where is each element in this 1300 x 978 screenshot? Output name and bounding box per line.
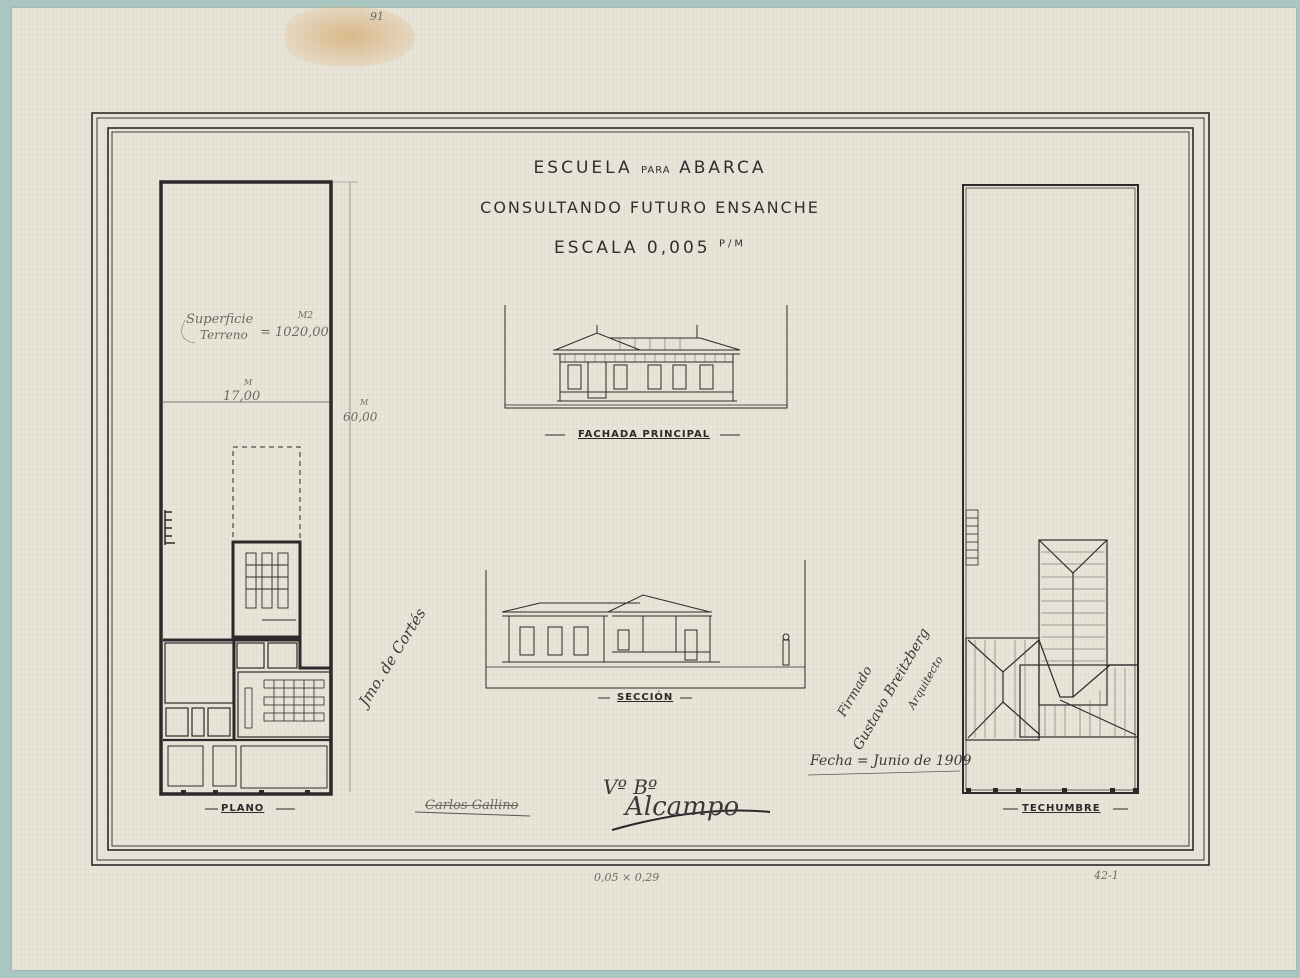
length-unit: M xyxy=(360,398,368,407)
surface-label-1: Superficie xyxy=(186,312,253,327)
width-unit: M xyxy=(244,378,252,387)
title-school: ESCUELA xyxy=(534,158,633,178)
title-line-1: ESCUELA PARA ABARCA xyxy=(0,158,1300,178)
bottom-note: 0,05 × 0,29 xyxy=(594,871,659,884)
width-dimension: 17,00 xyxy=(223,389,260,404)
title-para: PARA xyxy=(641,165,671,176)
length-dimension: 60,00 xyxy=(343,410,377,424)
scale-value: ESCALA 0,005 xyxy=(554,238,711,258)
date: Fecha = Junio de 1909 xyxy=(810,753,971,769)
signature-vobo: Alcampo xyxy=(625,792,739,822)
caption-front-elevation: FACHADA PRINCIPAL xyxy=(578,429,710,440)
drawing-linework xyxy=(0,0,1300,978)
caption-section: SECCIÓN xyxy=(617,692,673,703)
caption-roof: TECHUMBRE xyxy=(1022,803,1101,814)
title-place: ABARCA xyxy=(679,158,766,178)
scale-unit: P/M xyxy=(719,238,746,249)
surface-label-2: Terreno xyxy=(200,328,248,342)
caption-plan: PLANO xyxy=(221,803,264,814)
sheet-number: 42-1 xyxy=(1094,869,1119,882)
title-line-2: CONSULTANDO FUTURO ENSANCHE xyxy=(0,198,1300,217)
surface-value: = 1020,00 xyxy=(260,325,329,340)
surface-unit: M2 xyxy=(298,311,313,321)
signature-crossed: Carlos Gallino xyxy=(425,798,519,813)
title-scale: ESCALA 0,005 P/M xyxy=(0,238,1300,258)
